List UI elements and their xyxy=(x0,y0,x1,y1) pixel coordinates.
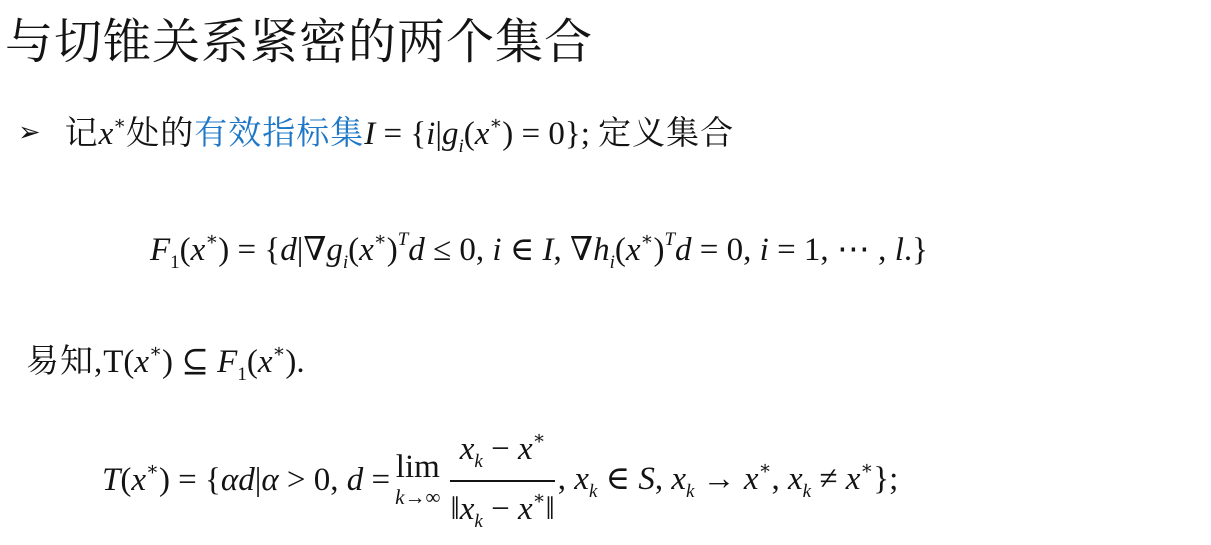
math-token: | xyxy=(435,116,442,152)
nabla-symbol: ∇ xyxy=(570,232,593,268)
math-token: i xyxy=(760,232,769,268)
math-token: d xyxy=(280,232,297,268)
intro-text: 处的 xyxy=(126,116,194,152)
subset-relation-line: 易知,T(x∗) ⊆ F1(x∗). xyxy=(26,340,305,387)
math-token: x xyxy=(671,461,686,497)
math-token: ∗ xyxy=(759,458,772,479)
math-token: ) xyxy=(387,232,398,268)
math-token: > 0, xyxy=(279,462,347,498)
math-token: ( xyxy=(180,232,191,268)
math-token: x xyxy=(788,461,803,497)
math-token: = 0, xyxy=(692,232,760,268)
math-token: x xyxy=(99,116,114,152)
math-token: l xyxy=(895,232,904,268)
math-token: 1 xyxy=(170,252,180,273)
math-token: x xyxy=(460,491,475,527)
math-token: }; xyxy=(873,461,898,497)
math-token: ∗ xyxy=(489,113,502,134)
known-text: 易知, xyxy=(26,344,103,380)
math-token: x xyxy=(134,344,149,380)
math-token: 1 xyxy=(237,364,247,385)
math-token: x xyxy=(191,232,206,268)
math-token: k xyxy=(474,451,482,472)
math-token: α xyxy=(221,462,238,498)
math-token: T xyxy=(102,462,120,498)
lim-label: lim xyxy=(396,451,440,484)
math-token: ( xyxy=(348,232,359,268)
math-token: x xyxy=(518,431,533,467)
math-token: F xyxy=(150,232,170,268)
highlighted-term: 有效指标集 xyxy=(194,116,364,152)
math-token: α xyxy=(261,462,278,498)
math-token: k xyxy=(803,481,811,502)
math-token: ≠ xyxy=(811,461,846,497)
fraction: xk − x∗ ‖xk − x∗‖ xyxy=(450,427,554,534)
denominator: ‖xk − x∗‖ xyxy=(450,482,554,534)
math-token: g xyxy=(326,232,343,268)
math-token: k xyxy=(474,511,482,532)
math-token: ∗ xyxy=(533,488,546,509)
math-token: T xyxy=(664,229,675,250)
math-token: x xyxy=(475,116,490,152)
math-token: , xyxy=(772,461,789,497)
math-token: x xyxy=(518,491,533,527)
math-token: = xyxy=(363,462,390,498)
bullet-point: ➢记x∗处的有效指标集I = {i|gi(x∗) = 0}; 定义集合 xyxy=(18,112,734,159)
formula-t-head: T(x∗) = {αd|α > 0, d = xyxy=(102,458,390,501)
norm-bar: ‖ xyxy=(450,491,459,527)
math-token: x xyxy=(131,462,146,498)
math-token: , xyxy=(558,461,575,497)
page-title: 与切锥关系紧密的两个集合 xyxy=(5,3,593,72)
math-token: T xyxy=(103,344,123,380)
math-token: ) = { xyxy=(159,462,221,498)
math-token: = { xyxy=(375,116,426,152)
math-token: x xyxy=(846,461,861,497)
math-token: ) = 0}; xyxy=(502,116,598,152)
math-token: = 1, ⋯ , xyxy=(769,232,895,268)
math-token: ∗ xyxy=(860,458,873,479)
math-token: I xyxy=(364,116,375,152)
math-token: d xyxy=(408,232,425,268)
math-token: ≤ 0, xyxy=(425,232,493,268)
math-token: I xyxy=(543,232,554,268)
math-token: ∗ xyxy=(641,229,654,250)
math-token: ). xyxy=(285,344,304,380)
math-token: ∗ xyxy=(374,229,387,250)
arrow-symbol: → xyxy=(694,461,744,497)
math-token: ∗ xyxy=(149,341,162,362)
intro-text: 记 xyxy=(65,116,99,152)
intro-text: 定义集合 xyxy=(598,116,734,152)
math-token: T xyxy=(398,229,409,250)
math-token: , xyxy=(655,461,672,497)
norm-bar: ‖ xyxy=(546,491,555,527)
math-token: d xyxy=(675,232,692,268)
math-token: d xyxy=(347,462,364,498)
math-token: ( xyxy=(120,462,131,498)
formula-t-tail: , xk ∈ S, xk → x∗, xk ≠ x∗}; xyxy=(558,457,899,504)
math-token: ) = { xyxy=(218,232,280,268)
math-token: x xyxy=(744,461,759,497)
math-token: S xyxy=(638,461,655,497)
math-token: F xyxy=(217,344,237,380)
math-token: x xyxy=(460,431,475,467)
math-token: ∗ xyxy=(146,459,159,480)
math-token: .} xyxy=(904,232,928,268)
math-token: − xyxy=(483,491,518,527)
limit-operator: lim k→∞ xyxy=(395,451,440,509)
math-token: , xyxy=(554,232,571,268)
math-token: ∗ xyxy=(113,113,126,134)
math-token: − xyxy=(483,431,518,467)
math-token: h xyxy=(593,232,610,268)
math-token: ( xyxy=(615,232,626,268)
math-token: ∈ xyxy=(597,461,638,497)
math-token: ( xyxy=(247,344,258,380)
math-token: i xyxy=(492,232,501,268)
formula-tangent-cone: T(x∗) = {αd|α > 0, d = lim k→∞ xk − x∗ ‖… xyxy=(102,428,898,532)
nabla-symbol: ∇ xyxy=(303,232,326,268)
subset-symbol: ) ⊆ xyxy=(162,344,217,380)
math-token: i xyxy=(426,116,435,152)
math-token: x xyxy=(258,344,273,380)
numerator: xk − x∗ xyxy=(450,427,554,482)
math-token: g xyxy=(442,116,459,152)
lim-subscript: k→∞ xyxy=(395,486,440,509)
math-token: ( xyxy=(464,116,475,152)
math-token: ∗ xyxy=(272,341,285,362)
math-token: ( xyxy=(123,344,134,380)
formula-f1: F1(x∗) = {d|∇gi(x∗)Td ≤ 0, i ∈ I, ∇hi(x∗… xyxy=(150,228,928,275)
math-token: ) xyxy=(653,232,664,268)
math-token: d xyxy=(238,462,255,498)
math-token: x xyxy=(359,232,374,268)
math-token: ∗ xyxy=(533,428,546,449)
math-token: ∗ xyxy=(205,229,218,250)
math-token: ∈ xyxy=(502,232,543,268)
math-token: x xyxy=(574,461,589,497)
bullet-arrow-icon: ➢ xyxy=(18,117,41,147)
arrow-infinity-symbol: →∞ xyxy=(404,485,440,509)
math-token: x xyxy=(626,232,641,268)
